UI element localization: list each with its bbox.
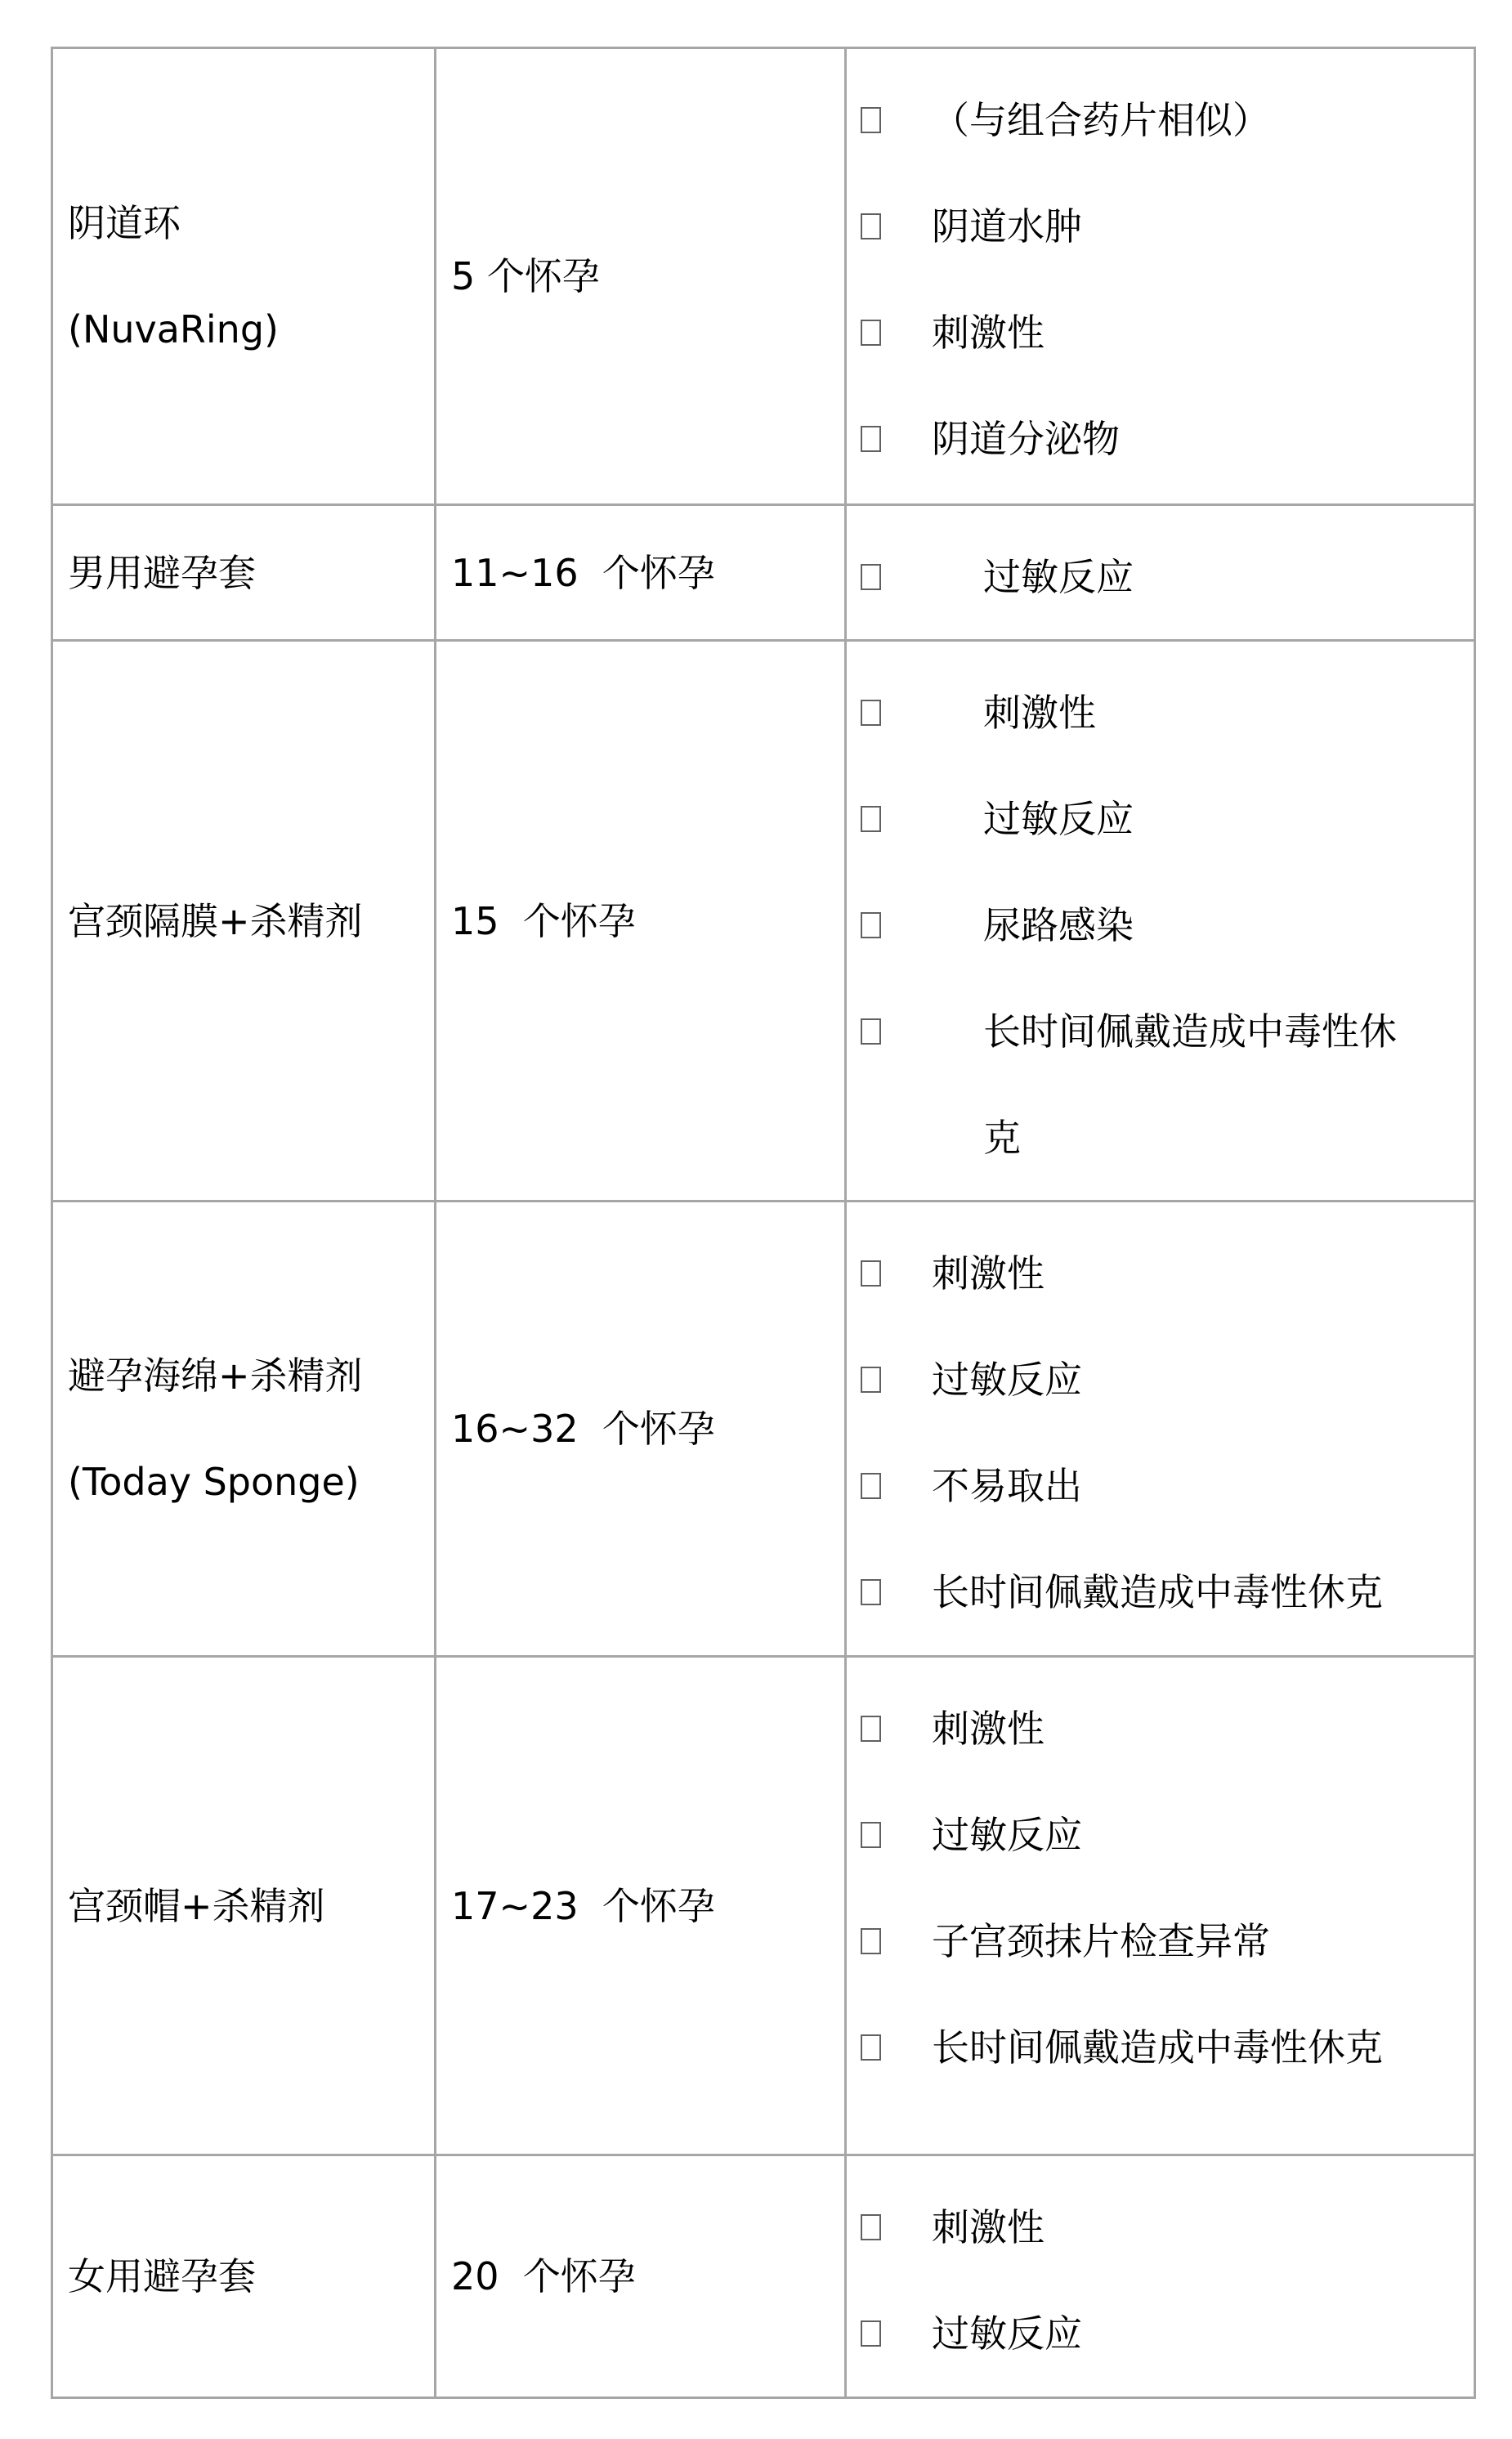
pregnancy-rate: 15 个怀孕 — [436, 868, 844, 974]
method-cell: 避孕海绵+杀精剂 (Today Sponge) — [52, 1202, 436, 1657]
table-row: 阴道环 (NuvaRing) 5 个怀孕 （与组合药片相似） 阴道水肿 — [52, 48, 1475, 505]
table-row: 男用避孕套 11~16 个怀孕 过敏反应 — [52, 505, 1475, 641]
checkbox-icon — [861, 1260, 881, 1287]
table-row: 女用避孕套 20 个怀孕 刺激性 过敏反应 — [52, 2155, 1475, 2398]
side-effects-list: （与组合药片相似） 阴道水肿 刺激性 阴道分泌物 — [847, 49, 1474, 492]
checkbox-icon — [861, 1579, 881, 1605]
side-effects-list: 刺激性 过敏反应 尿路感染 长时间佩戴造成中毒性休 克 — [847, 642, 1474, 1191]
checkbox-icon — [861, 426, 881, 452]
method-name: 避孕海绵+杀精剂 (Today Sponge) — [53, 1322, 434, 1535]
list-item: 过敏反应 — [847, 766, 1474, 872]
list-item: 过敏反应 — [847, 1782, 1474, 1888]
checkbox-icon — [861, 2320, 881, 2347]
side-effects-list: 刺激性 过敏反应 不易取出 长时间佩戴造成中毒性休克 — [847, 1202, 1474, 1645]
checkbox-icon — [861, 320, 881, 346]
side-effects-cell: （与组合药片相似） 阴道水肿 刺激性 阴道分泌物 — [846, 48, 1475, 505]
checkbox-icon — [861, 2034, 881, 2061]
pregnancy-rate: 16~32 个怀孕 — [436, 1376, 844, 1482]
list-item: 长时间佩戴造成中毒性休克 — [847, 1994, 1474, 2101]
rate-cell: 17~23 个怀孕 — [436, 1657, 846, 2155]
table-row: 宫颈隔膜+杀精剂 15 个怀孕 刺激性 过敏反应 — [52, 641, 1475, 1202]
side-effects-cell: 刺激性 过敏反应 尿路感染 长时间佩戴造成中毒性休 克 — [846, 641, 1475, 1202]
method-cell: 女用避孕套 — [52, 2155, 436, 2398]
rate-cell: 20 个怀孕 — [436, 2155, 846, 2398]
list-item: 刺激性 — [847, 660, 1474, 766]
side-effects-cell: 刺激性 过敏反应 — [846, 2155, 1475, 2398]
contraception-table: 阴道环 (NuvaRing) 5 个怀孕 （与组合药片相似） 阴道水肿 — [51, 47, 1476, 2399]
method-cell: 宫颈隔膜+杀精剂 — [52, 641, 436, 1202]
pregnancy-rate: 17~23 个怀孕 — [436, 1853, 844, 1959]
list-item: 过敏反应 — [847, 2280, 1474, 2387]
table-row: 避孕海绵+杀精剂 (Today Sponge) 16~32 个怀孕 刺激性 过敏… — [52, 1202, 1475, 1657]
list-item: 阴道分泌物 — [847, 386, 1474, 492]
method-cell: 宫颈帽+杀精剂 — [52, 1657, 436, 2155]
checkbox-icon — [861, 1367, 881, 1393]
checkbox-icon — [861, 564, 881, 590]
method-name: 女用避孕套 — [53, 2223, 434, 2329]
list-item: 长时间佩戴造成中毒性休 克 — [847, 978, 1474, 1191]
list-item: 刺激性 — [847, 2174, 1474, 2280]
rate-cell: 16~32 个怀孕 — [436, 1202, 846, 1657]
side-effects-list: 刺激性 过敏反应 子宫颈抹片检查异常 长时间佩戴造成中毒性休克 — [847, 1658, 1474, 2101]
method-cell: 阴道环 (NuvaRing) — [52, 48, 436, 505]
rate-cell: 5 个怀孕 — [436, 48, 846, 505]
table-row: 宫颈帽+杀精剂 17~23 个怀孕 刺激性 过敏反应 — [52, 1657, 1475, 2155]
side-effects-cell: 刺激性 过敏反应 子宫颈抹片检查异常 长时间佩戴造成中毒性休克 — [846, 1657, 1475, 2155]
list-item: 过敏反应 — [847, 1327, 1474, 1433]
pregnancy-rate: 20 个怀孕 — [436, 2223, 844, 2329]
method-name: 宫颈帽+杀精剂 — [53, 1853, 434, 1959]
checkbox-icon — [861, 1928, 881, 1954]
method-name: 宫颈隔膜+杀精剂 — [53, 868, 434, 974]
method-name: 阴道环 (NuvaRing) — [53, 170, 434, 383]
rate-cell: 15 个怀孕 — [436, 641, 846, 1202]
list-item: 不易取出 — [847, 1433, 1474, 1539]
list-item: （与组合药片相似） — [847, 67, 1474, 173]
checkbox-icon — [861, 2214, 881, 2240]
checkbox-icon — [861, 213, 881, 239]
pregnancy-rate: 11~16 个怀孕 — [436, 520, 844, 626]
list-item: 刺激性 — [847, 1220, 1474, 1327]
method-cell: 男用避孕套 — [52, 505, 436, 641]
side-effects-list: 过敏反应 — [847, 506, 1474, 630]
list-item: 子宫颈抹片检查异常 — [847, 1888, 1474, 1994]
checkbox-icon — [861, 1822, 881, 1848]
checkbox-icon — [861, 1716, 881, 1742]
list-item: 过敏反应 — [847, 524, 1474, 630]
checkbox-icon — [861, 806, 881, 832]
checkbox-icon — [861, 700, 881, 726]
list-item: 长时间佩戴造成中毒性休克 — [847, 1539, 1474, 1645]
list-item: 阴道水肿 — [847, 173, 1474, 280]
pregnancy-rate: 5 个怀孕 — [436, 223, 844, 329]
checkbox-icon — [861, 1018, 881, 1045]
list-item: 刺激性 — [847, 1676, 1474, 1782]
list-item: 尿路感染 — [847, 872, 1474, 978]
checkbox-icon — [861, 1473, 881, 1499]
rate-cell: 11~16 个怀孕 — [436, 505, 846, 641]
side-effects-cell: 过敏反应 — [846, 505, 1475, 641]
list-item: 刺激性 — [847, 280, 1474, 386]
method-name: 男用避孕套 — [53, 520, 434, 626]
checkbox-icon — [861, 912, 881, 938]
side-effects-list: 刺激性 过敏反应 — [847, 2156, 1474, 2387]
side-effects-cell: 刺激性 过敏反应 不易取出 长时间佩戴造成中毒性休克 — [846, 1202, 1475, 1657]
checkbox-icon — [861, 107, 881, 133]
